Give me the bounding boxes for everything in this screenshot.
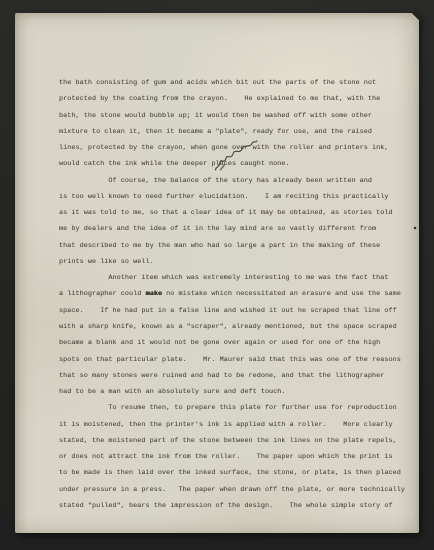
text-line: it is moistened, then the printer's ink …	[59, 417, 409, 433]
desk-background: the bath consisting of gum and acids whi…	[0, 0, 434, 550]
text-line: To resume then, to prepare this plate fo…	[59, 400, 409, 416]
typewritten-text: the bath consisting of gum and acids whi…	[59, 75, 409, 514]
text-line: became a blank and it would not be gone …	[59, 335, 409, 351]
text-line: or does not attract the ink from the rol…	[59, 449, 409, 465]
text-line: stated, the moistened part of the stone …	[59, 433, 409, 449]
text-line: to be made is then laid over the inked s…	[59, 465, 409, 481]
text-line: mixture to clean it, then it became a "p…	[59, 124, 409, 140]
text-line: the bath consisting of gum and acids whi…	[59, 75, 409, 91]
manuscript-page: the bath consisting of gum and acids whi…	[15, 13, 419, 533]
text-line: is too well known to need further elucid…	[59, 189, 409, 205]
text-line: space. If he had put in a false line and…	[59, 303, 409, 319]
text-line: protected by the coating from the crayon…	[59, 91, 409, 107]
text-line: that described to me by the man who had …	[59, 238, 409, 254]
overstruck-word: make	[146, 290, 162, 298]
text-line: spots on that particular plate. Mr. Maur…	[59, 352, 409, 368]
text-line: stated "pulled", bears the impression of…	[59, 498, 409, 514]
text-line: me by dealers and the idea of it in the …	[59, 221, 409, 237]
text-line: had to be a man with an absolutely sure …	[59, 384, 409, 400]
text-line: bath, the stone would bubble up; it woul…	[59, 108, 409, 124]
text-line: with a sharp knife, known as a "scraper"…	[59, 319, 409, 335]
text-line: a lithographer could make no mistake whi…	[59, 286, 409, 302]
text-line: prints we like so well.	[59, 254, 409, 270]
text-line: as it was told to me, so that a clear id…	[59, 205, 409, 221]
text-line: that so many stones were ruined and had …	[59, 368, 409, 384]
text-line: Of course, the balance of the story has …	[59, 173, 409, 189]
text-line: under pressure in a press. The paper whe…	[59, 482, 409, 498]
text-line: Another item which was extremely interes…	[59, 270, 409, 286]
